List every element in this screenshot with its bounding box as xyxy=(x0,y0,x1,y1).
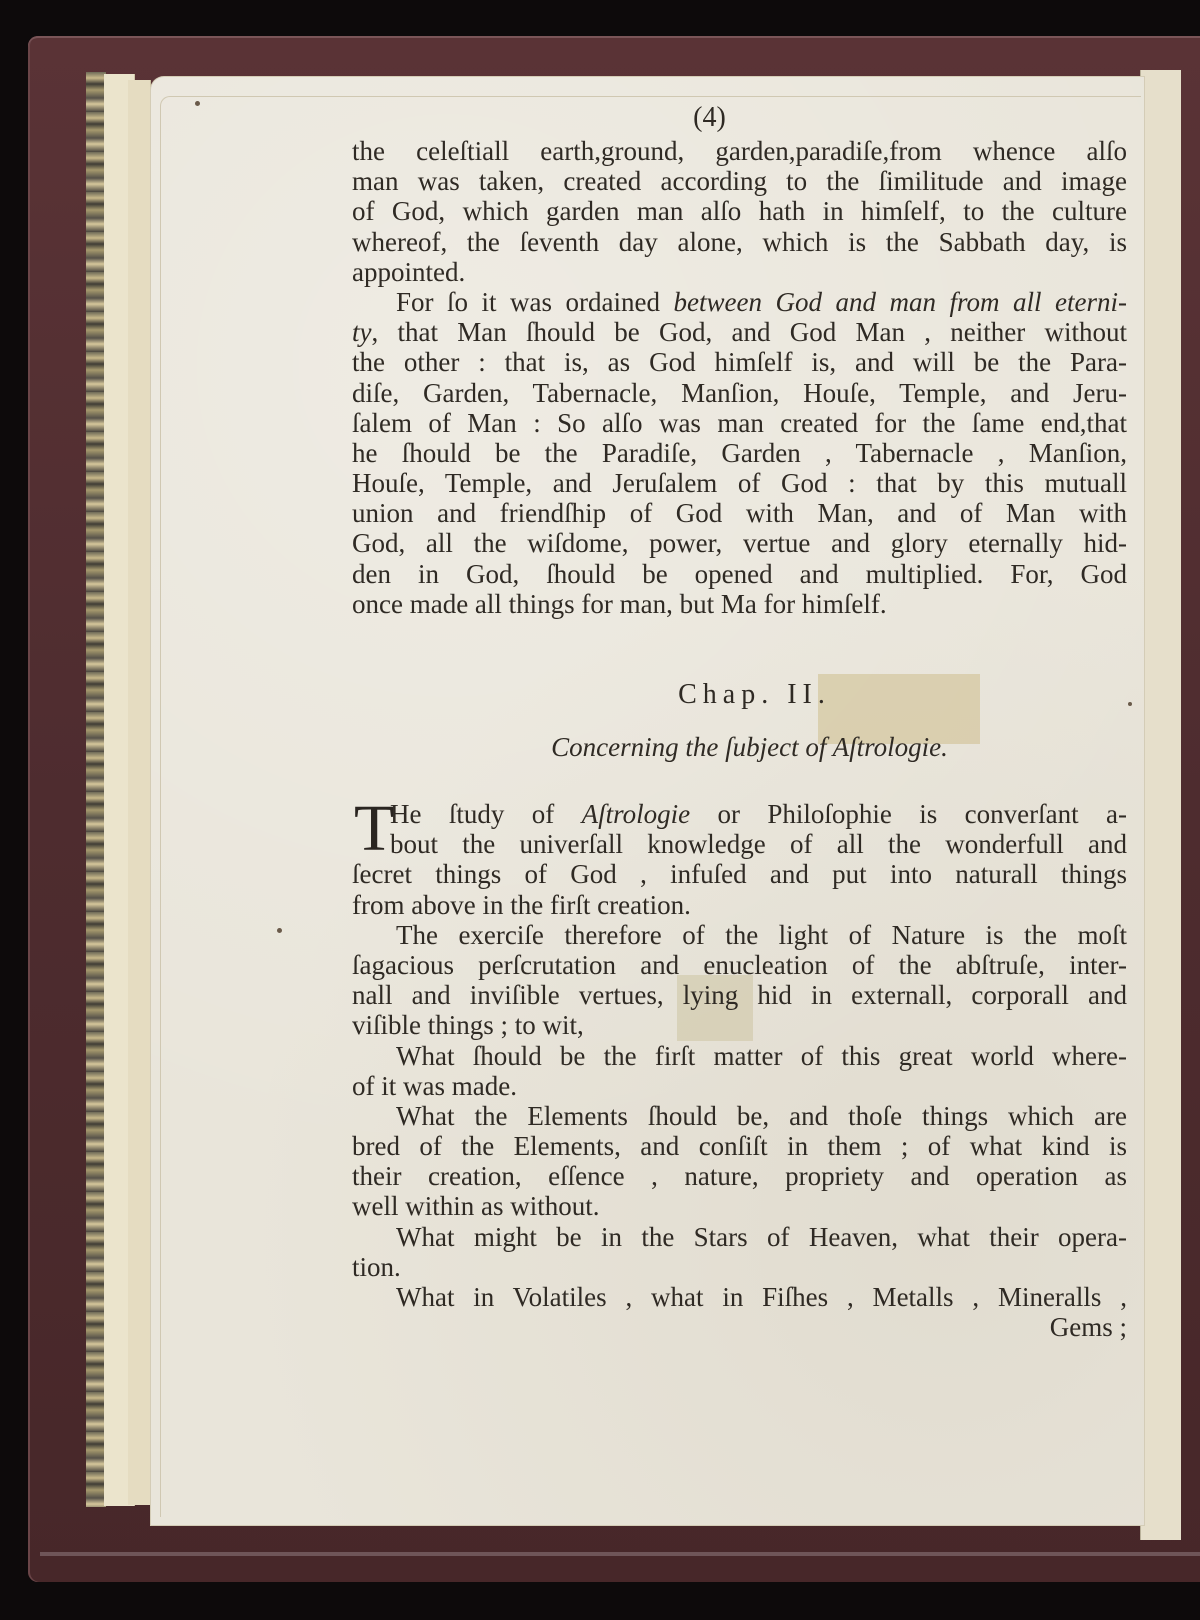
text-line: He ſtudy of Aſtrologie or Philoſophie is… xyxy=(352,799,1127,829)
text-line: from above in the firſt creation. xyxy=(352,890,1127,920)
drop-capital: T xyxy=(354,799,394,859)
text-roman: He ſtudy of xyxy=(390,799,582,829)
text-line: once made all things for man, but Ma for… xyxy=(352,589,1127,619)
text-line: whereof, the ſeventh day alone, which is… xyxy=(352,227,1127,257)
text-italic: ty xyxy=(352,317,372,347)
facing-page-edge xyxy=(1140,70,1181,1540)
text-line: bout the univerſall knowledge of all the… xyxy=(352,829,1127,859)
text-line: their creation, eſſence , nature, propri… xyxy=(352,1161,1127,1191)
text-line: ſecret things of God , infuſed and put i… xyxy=(352,859,1127,889)
text-line: the celeſtiall earth,ground, garden,para… xyxy=(352,136,1127,166)
text-roman: or Philoſophie is converſant a- xyxy=(690,799,1127,829)
text-line: union and friendſhip of God with Man, an… xyxy=(352,498,1127,528)
paragraph-1: the celeſtiall earth,ground, garden,para… xyxy=(352,136,1127,287)
text-roman: , that Man ſhould be God, and God Man , … xyxy=(372,317,1128,347)
paragraph-4: The exerciſe therefore of the light of N… xyxy=(352,920,1127,1041)
flyleaf-inner xyxy=(128,80,151,1505)
text-line: man was taken, created according to the … xyxy=(352,166,1127,196)
paper-speck xyxy=(277,928,282,933)
catchword: Gems ; xyxy=(352,1312,1127,1342)
text-line: ſalem of Man : So alſo was man created f… xyxy=(352,408,1127,438)
text-line: Houſe, Temple, and Jeruſalem of God : th… xyxy=(352,468,1127,498)
text-line: he ſhould be the Paradiſe, Garden , Tabe… xyxy=(352,438,1127,468)
text-line: tion. xyxy=(352,1252,1127,1282)
text-line: What the Elements ſhould be, and thoſe t… xyxy=(352,1101,1127,1131)
text-italic: between God and man from all eterni- xyxy=(674,287,1128,317)
paragraph-6: What the Elements ſhould be, and thoſe t… xyxy=(352,1101,1127,1222)
text-line: den in God, ſhould be opened and multipl… xyxy=(352,559,1127,589)
paragraph-8: What in Volatiles , what in Fiſhes , Met… xyxy=(352,1282,1127,1342)
chapter-heading: Chap. II. xyxy=(352,677,1127,713)
text-roman: For ſo it was ordained xyxy=(396,287,674,317)
text-line: nall and inviſible vertues, lying hid in… xyxy=(352,980,1127,1010)
text-line: viſible things ; to wit, xyxy=(352,1010,1127,1040)
text-line: well within as without. xyxy=(352,1191,1127,1221)
text-line: The exerciſe therefore of the light of N… xyxy=(352,920,1127,950)
text-line: the other : that is, as God himſelf is, … xyxy=(352,347,1127,377)
paragraph-3: T He ſtudy of Aſtrologie or Philoſophie … xyxy=(352,799,1127,920)
page-number: (4) xyxy=(352,100,1127,136)
text-line: What might be in the Stars of Heaven, wh… xyxy=(352,1222,1127,1252)
marbled-endpaper xyxy=(86,72,106,1507)
text-line: What in Volatiles , what in Fiſhes , Met… xyxy=(352,1282,1127,1312)
text-line: For ſo it was ordained between God and m… xyxy=(352,287,1127,317)
text-line: bred of the Elements, and conſiſt in the… xyxy=(352,1131,1127,1161)
text-line: appointed. xyxy=(352,257,1127,287)
page-text: (4) the celeſtiall earth,ground, garden,… xyxy=(352,100,1127,1342)
text-line: of it was made. xyxy=(352,1071,1127,1101)
text-line: God, all the wiſdome, power, vertue and … xyxy=(352,528,1127,558)
paper-speck xyxy=(195,101,200,106)
text-line: diſe, Garden, Tabernacle, Manſion, Houſe… xyxy=(352,378,1127,408)
paragraph-2: For ſo it was ordained between God and m… xyxy=(352,287,1127,619)
cover-edge-highlight xyxy=(40,1552,1200,1556)
text-italic: Aſtrologie xyxy=(582,799,691,829)
text-line: ſagacious perſcrutation and enucleation … xyxy=(352,950,1127,980)
chapter-subtitle: Concerning the ſubject of Aſtrologie. xyxy=(352,729,1127,765)
text-line: What ſhould be the firſt matter of this … xyxy=(352,1041,1127,1071)
paper-speck xyxy=(1128,702,1132,706)
paragraph-7: What might be in the Stars of Heaven, wh… xyxy=(352,1222,1127,1282)
paragraph-5: What ſhould be the firſt matter of this … xyxy=(352,1041,1127,1101)
text-line: ty, that Man ſhould be God, and God Man … xyxy=(352,317,1127,347)
text-line: of God, which garden man alſo hath in hi… xyxy=(352,196,1127,226)
